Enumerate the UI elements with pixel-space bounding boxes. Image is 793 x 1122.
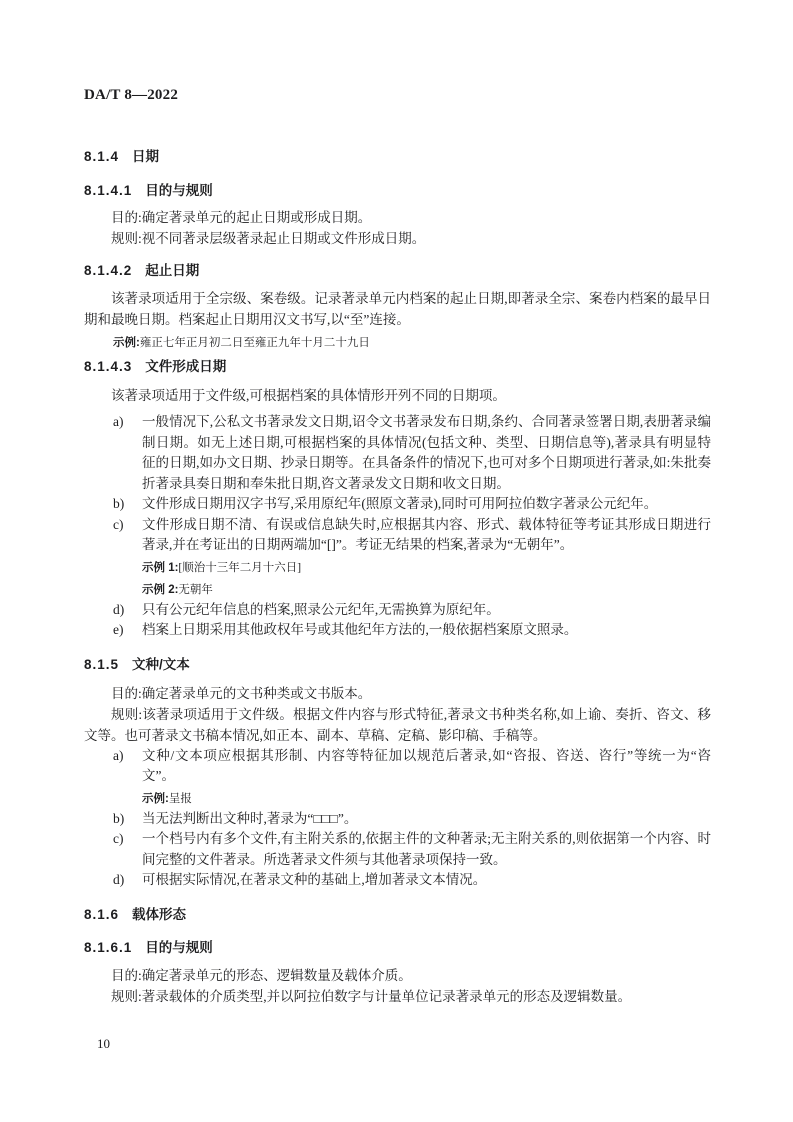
example-label: 示例 2: bbox=[142, 584, 178, 596]
section-heading-8-1-5: 8.1.5文种/文本 bbox=[84, 656, 711, 674]
purpose-paragraph: 目的:确定著录单元的文书种类或文书版本。 bbox=[84, 683, 711, 704]
section-title: 起止日期 bbox=[145, 263, 199, 278]
section-number: 8.1.6 bbox=[84, 907, 119, 922]
list-item-text: 档案上日期采用其他政权年号或其他纪年方法的,一般依据档案原文照录。 bbox=[142, 620, 711, 641]
list-item-label: a) bbox=[113, 412, 142, 494]
list-item-e: e) 档案上日期采用其他政权年号或其他纪年方法的,一般依据档案原文照录。 bbox=[113, 620, 711, 641]
section-number: 8.1.6.1 bbox=[84, 940, 132, 955]
section-number: 8.1.4.3 bbox=[84, 359, 132, 374]
section-title: 目的与规则 bbox=[145, 940, 213, 955]
list-item-text: 文件形成日期不清、有误或信息缺失时,应根据其内容、形式、载体特征等考证其形成日期… bbox=[142, 515, 711, 556]
section-number: 8.1.5 bbox=[84, 657, 119, 672]
lettered-list: a) 一般情况下,公私文书著录发文日期,诏令文书著录发布日期,条约、合同著录签署… bbox=[84, 412, 711, 641]
section-title: 日期 bbox=[132, 149, 159, 164]
intro-paragraph: 该著录项适用于文件级,可根据档案的具体情形开列不同的日期项。 bbox=[84, 385, 711, 406]
body-paragraph: 该著录项适用于全宗级、案卷级。记录著录单元内档案的起止日期,即著录全宗、案卷内档… bbox=[84, 288, 711, 330]
list-item-c: c) 一个档号内有多个文件,有主附关系的,依据主件的文种著录;无主附关系的,则依… bbox=[113, 829, 711, 870]
rule-paragraph: 规则:著录载体的介质类型,并以阿拉伯数字与计量单位记录著录单元的形态及逻辑数量。 bbox=[84, 986, 711, 1007]
list-item-label: d) bbox=[113, 870, 142, 891]
rule-paragraph: 规则:该著录项适用于文件级。根据文件内容与形式特征,著录文书种类名称,如上谕、奏… bbox=[84, 704, 711, 746]
section-number: 8.1.4 bbox=[84, 149, 119, 164]
list-item-label: c) bbox=[113, 515, 142, 600]
list-item-b: b) 当无法判断出文种时,著录为“□□□”。 bbox=[113, 809, 711, 830]
list-item-label: c) bbox=[113, 829, 142, 870]
list-item-text: 文件形成日期用汉字书写,采用原纪年(照原文著录),同时可用阿拉伯数字著录公元纪年… bbox=[142, 494, 711, 515]
list-item-label: d) bbox=[113, 600, 142, 621]
example-line: 示例:呈报 bbox=[142, 789, 711, 809]
example-text: 呈报 bbox=[169, 793, 192, 805]
example-label: 示例: bbox=[113, 337, 140, 349]
list-item-c: c) 文件形成日期不清、有误或信息缺失时,应根据其内容、形式、载体特征等考证其形… bbox=[113, 515, 711, 600]
purpose-paragraph: 目的:确定著录单元的形态、逻辑数量及载体介质。 bbox=[84, 965, 711, 986]
example-line-2: 示例 2:无朝年 bbox=[142, 580, 711, 600]
list-item-text: 文种/文本项应根据其形制、内容等特征加以规范后著录,如“咨报、咨送、咨行”等统一… bbox=[142, 746, 711, 787]
section-heading-8-1-4-2: 8.1.4.2起止日期 bbox=[84, 262, 711, 280]
list-item-label: a) bbox=[113, 746, 142, 809]
document-page: DA/T 8—2022 8.1.4日期 8.1.4.1目的与规则 目的:确定著录… bbox=[0, 0, 793, 1122]
example-label: 示例: bbox=[142, 793, 169, 805]
page-number: 10 bbox=[97, 1036, 110, 1052]
rule-paragraph: 规则:视不同著录层级著录起止日期或文件形成日期。 bbox=[84, 228, 711, 249]
list-item-text: 只有公元纪年信息的档案,照录公元纪年,无需换算为原纪年。 bbox=[142, 600, 711, 621]
list-item-text: 当无法判断出文种时,著录为“□□□”。 bbox=[142, 809, 711, 830]
list-item-b: b) 文件形成日期用汉字书写,采用原纪年(照原文著录),同时可用阿拉伯数字著录公… bbox=[113, 494, 711, 515]
section-heading-8-1-6-1: 8.1.6.1目的与规则 bbox=[84, 939, 711, 957]
document-code-header: DA/T 8—2022 bbox=[84, 86, 711, 104]
list-item-text: 一般情况下,公私文书著录发文日期,诏令文书著录发布日期,条约、合同著录签署日期,… bbox=[142, 412, 711, 494]
example-text: 雍正七年正月初二日至雍正九年十月二十九日 bbox=[140, 337, 370, 349]
list-item-label: b) bbox=[113, 494, 142, 515]
list-item-d: d) 可根据实际情况,在著录文种的基础上,增加著录文本情况。 bbox=[113, 870, 711, 891]
list-item-a: a) 文种/文本项应根据其形制、内容等特征加以规范后著录,如“咨报、咨送、咨行”… bbox=[113, 746, 711, 809]
section-title: 载体形态 bbox=[132, 907, 186, 922]
example-text: [顺治十三年二月十六日] bbox=[178, 562, 301, 574]
purpose-paragraph: 目的:确定著录单元的起止日期或形成日期。 bbox=[84, 207, 711, 228]
list-item-a: a) 一般情况下,公私文书著录发文日期,诏令文书著录发布日期,条约、合同著录签署… bbox=[113, 412, 711, 494]
section-heading-8-1-6: 8.1.6载体形态 bbox=[84, 906, 711, 924]
section-title: 目的与规则 bbox=[145, 183, 213, 198]
section-number: 8.1.4.2 bbox=[84, 263, 132, 278]
example-label: 示例 1: bbox=[142, 562, 178, 574]
list-item-text: 一个档号内有多个文件,有主附关系的,依据主件的文种著录;无主附关系的,则依据第一… bbox=[142, 829, 711, 870]
list-item-label: b) bbox=[113, 809, 142, 830]
section-heading-8-1-4-1: 8.1.4.1目的与规则 bbox=[84, 182, 711, 200]
section-title: 文种/文本 bbox=[132, 657, 190, 672]
lettered-list: a) 文种/文本项应根据其形制、内容等特征加以规范后著录,如“咨报、咨送、咨行”… bbox=[84, 746, 711, 891]
list-item-text: 可根据实际情况,在著录文种的基础上,增加著录文本情况。 bbox=[142, 870, 711, 891]
list-item-label: e) bbox=[113, 620, 142, 641]
section-number: 8.1.4.1 bbox=[84, 183, 132, 198]
page-content: DA/T 8—2022 8.1.4日期 8.1.4.1目的与规则 目的:确定著录… bbox=[84, 86, 711, 1007]
list-item-d: d) 只有公元纪年信息的档案,照录公元纪年,无需换算为原纪年。 bbox=[113, 600, 711, 621]
section-title: 文件形成日期 bbox=[145, 359, 226, 374]
example-line: 示例:雍正七年正月初二日至雍正九年十月二十九日 bbox=[113, 333, 711, 353]
example-text: 无朝年 bbox=[178, 584, 213, 596]
section-heading-8-1-4: 8.1.4日期 bbox=[84, 148, 711, 166]
section-heading-8-1-4-3: 8.1.4.3文件形成日期 bbox=[84, 358, 711, 376]
example-line-1: 示例 1:[顺治十三年二月十六日] bbox=[142, 558, 711, 578]
